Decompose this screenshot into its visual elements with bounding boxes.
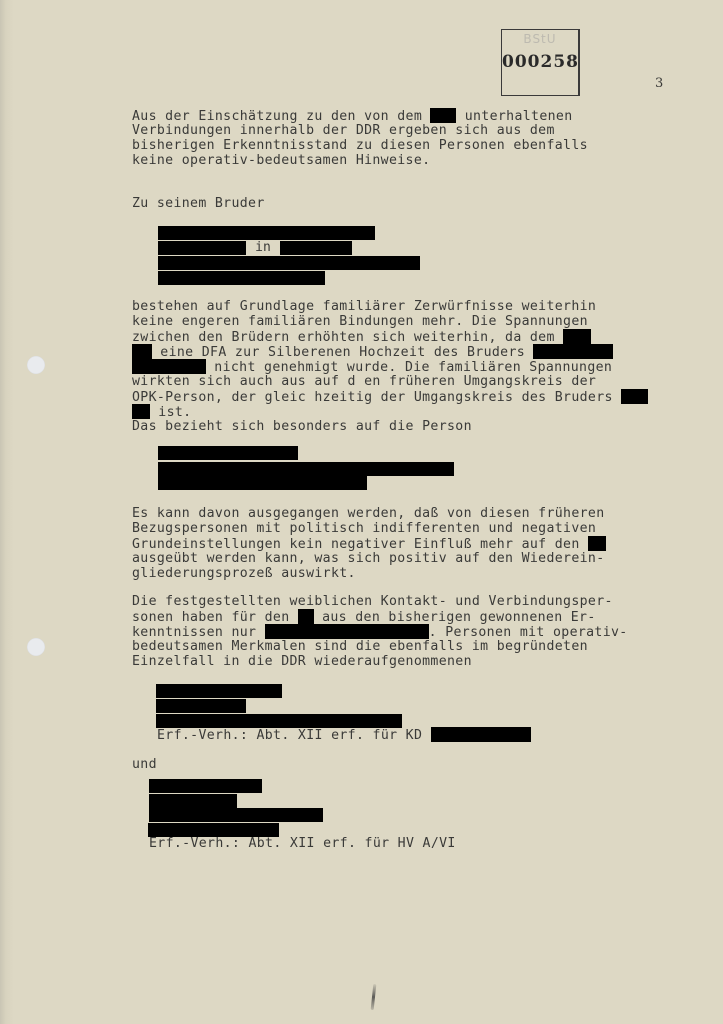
redaction bbox=[132, 344, 152, 359]
redaction bbox=[156, 714, 402, 728]
redaction bbox=[298, 609, 314, 624]
p2-line-2: keine engeren familiären Bindungen mehr.… bbox=[132, 314, 588, 330]
redaction bbox=[588, 536, 606, 551]
p2-line-7: OPK-Person, der gleic hzeitig der Umgang… bbox=[132, 389, 648, 406]
p3-line-2: Bezugspersonen mit politisch indifferent… bbox=[132, 521, 596, 537]
person1-note: Erf.-Verh.: Abt. XII erf. für KD bbox=[157, 727, 531, 744]
punch-hole-bottom bbox=[27, 638, 45, 656]
redaction bbox=[533, 344, 613, 359]
redaction bbox=[563, 329, 591, 344]
person2-note: Erf.-Verh.: Abt. XII erf. für HV A/VI bbox=[149, 836, 456, 852]
page-number: 3 bbox=[655, 76, 663, 91]
redaction bbox=[156, 684, 282, 698]
brother-heading: Zu seinem Bruder bbox=[132, 196, 265, 212]
punch-hole-top bbox=[27, 356, 45, 374]
archive-stamp: BStU 000258 bbox=[501, 29, 580, 96]
p2-line-9: Das bezieht sich besonders auf die Perso… bbox=[132, 419, 472, 435]
brother-location-word: in bbox=[246, 240, 280, 255]
redaction bbox=[132, 404, 150, 419]
redaction bbox=[149, 808, 323, 822]
redaction bbox=[149, 794, 237, 808]
p3-line-4: ausgeübt werden kann, was sich positiv a… bbox=[132, 551, 605, 567]
redaction bbox=[148, 823, 279, 837]
p1-line-2: Verbindungen innerhalb der DDR ergeben s… bbox=[132, 123, 555, 139]
redaction bbox=[149, 779, 262, 793]
redaction bbox=[132, 359, 206, 374]
redaction bbox=[156, 699, 246, 713]
p1-line-3: bisherigen Erkenntnisstand zu diesen Per… bbox=[132, 138, 588, 154]
p2-line-1: bestehen auf Grundlage familiärer Zerwür… bbox=[132, 299, 596, 315]
redaction bbox=[158, 462, 454, 476]
redaction bbox=[430, 108, 456, 123]
redaction bbox=[158, 241, 246, 255]
redaction bbox=[621, 389, 648, 404]
redaction bbox=[158, 271, 325, 285]
p2-line-6: wirkten sich auch aus auf d en früheren … bbox=[132, 374, 596, 390]
p4-line-4: bedeutsamen Merkmalen sind die ebenfalls… bbox=[132, 639, 588, 655]
redaction bbox=[431, 727, 531, 742]
redaction bbox=[280, 241, 352, 255]
document-page: BStU 000258 3 Aus der Einschätzung zu de… bbox=[0, 0, 723, 1024]
p4-line-5: Einzelfall in die DDR wiederaufgenommene… bbox=[132, 654, 472, 670]
stamp-number: 000258 bbox=[502, 52, 578, 72]
p1-line-4: keine operativ-bedeutsamen Hinweise. bbox=[132, 153, 430, 169]
redaction bbox=[158, 446, 298, 460]
redaction bbox=[265, 624, 429, 639]
redaction bbox=[158, 256, 420, 270]
redaction bbox=[158, 476, 367, 490]
p3-line-1: Es kann davon ausgegangen werden, daß vo… bbox=[132, 506, 605, 522]
p3-line-5: gliederungsprozeß auswirkt. bbox=[132, 566, 356, 582]
redaction bbox=[158, 226, 375, 240]
conjunction-und: und bbox=[132, 757, 157, 773]
p4-line-1: Die festgestellten weiblichen Kontakt- u… bbox=[132, 594, 613, 610]
pencil-mark bbox=[371, 984, 377, 1010]
stamp-label: BStU bbox=[502, 32, 578, 46]
